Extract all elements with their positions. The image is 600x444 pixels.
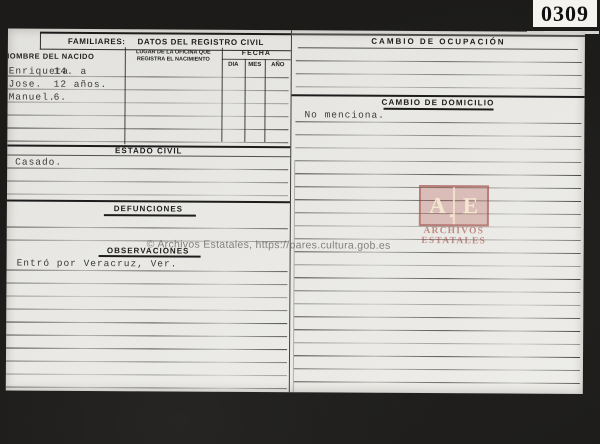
column-header-lugar-line1: LUGAR DE LA OFICINA QUE [127,49,220,56]
table-divider-dia-mes [244,59,246,142]
familiares-header-box: FAMILIARES: DATOS DEL REGISTRO CIVIL [40,32,291,52]
column-header-ano: AÑO [265,62,291,68]
column-header-lugar-line2: REGISTRA EL NACIMIENTO [127,56,220,63]
column-header-mes: MES [245,62,265,68]
cambio-ocupacion-title: CAMBIO DE OCUPACIÓN [292,36,585,47]
observaciones-entry: Entró por Veracruz, Ver. [17,258,178,270]
table-divider-nombre-lugar [124,47,126,144]
logo-letter-e: E [454,187,487,224]
copyright-watermark: © Archivos Estatales, https://pares.cult… [147,238,437,252]
age-value: 6. [54,92,67,103]
cambio-domicilio-underline [384,108,494,110]
estado-civil-title: ESTADO CIVIL [7,145,290,156]
cambio-domicilio-title: CAMBIO DE DOMICILIO [292,97,585,108]
logo-cell-divider [453,187,455,224]
defunciones-title: DEFUNCIONES [7,203,290,214]
logo-dot [450,214,453,217]
name-value: Manuel. [9,91,56,102]
datos-registro-civil-label: DATOS DEL REGISTRO CIVIL [138,37,264,47]
column-header-nombre: NOMBRE DEL NACIDO [6,51,95,61]
cambio-domicilio-entry: No menciona. [304,109,384,120]
name-value: Jose. [9,78,43,89]
page-number-text: 0309 [541,1,589,27]
familiares-label: FAMILIARES: [68,37,126,46]
table-row: Jose. [9,78,43,89]
registry-card: FAMILIARES: DATOS DEL REGISTRO CIVIL NOM… [6,28,585,394]
column-header-dia: DIA [222,62,245,68]
table-divider-mes-ano [264,59,266,142]
estado-civil-entry: Casado. [15,157,62,168]
table-row: Manuel. [9,91,56,102]
logo-caption-archivos: ARCHIVOS [406,226,502,237]
column-header-fecha: FECHA [222,50,291,57]
logo-letter-a: A [421,187,454,224]
cambio-ocupacion-underline [298,47,578,50]
section-divider-line [7,199,290,203]
age-value: 14. a [54,66,88,77]
fecha-header-underline [222,59,291,60]
column-divider-line-secondary [293,160,295,392]
age-value: 12 años. [54,79,108,90]
page-number-label: 0309 [533,0,597,27]
defunciones-underline [104,214,196,216]
